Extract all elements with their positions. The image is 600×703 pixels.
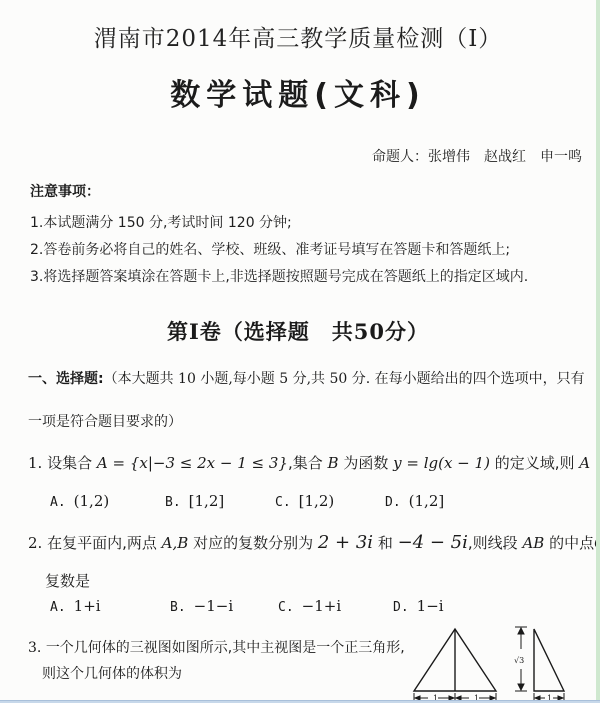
- option-a[interactable]: A.1+i: [50, 597, 101, 615]
- section-label: 一、选择题:: [28, 371, 104, 387]
- option-value: −1+i: [302, 597, 341, 615]
- option-label: C.: [278, 600, 294, 615]
- option-label: B.: [170, 600, 186, 615]
- math-complex-1: 2 + 3i: [318, 532, 373, 553]
- option-label: D.: [393, 600, 409, 615]
- exam-page: 渭南市2014年高三教学质量检测（Ⅰ） 数学试题(文科) 命题人：张增伟 赵战红…: [0, 0, 596, 700]
- math-set-b: B: [328, 454, 339, 472]
- option-value: 1+i: [74, 597, 101, 615]
- notice-item: 1.本试题满分 150 分,考试时间 120 分钟;: [30, 212, 292, 232]
- height-label: √3: [514, 656, 524, 665]
- option-b[interactable]: B.−1−i: [170, 597, 233, 615]
- option-d[interactable]: D.1−i: [393, 597, 444, 615]
- question-3: 3. 一个几何体的三视图如图所示,其中主视图是一个正三角形,: [28, 637, 405, 657]
- question-text: 在复平面内,两点: [47, 534, 157, 552]
- front-view-triangle: [414, 629, 496, 691]
- option-label: A.: [50, 600, 66, 615]
- math-segment: AB: [522, 534, 544, 552]
- paper-title: 数学试题(文科): [0, 70, 596, 114]
- option-value: (1,2]: [409, 492, 445, 510]
- question-2-continued: 复数是: [45, 570, 90, 591]
- math-points: A,B: [162, 534, 189, 552]
- math-complex-2: −4 − 5i: [398, 532, 468, 553]
- right-edge-strip: [596, 0, 600, 700]
- option-c[interactable]: C.[1,2): [275, 492, 334, 510]
- option-value: −1−i: [194, 597, 233, 615]
- question-text: ,集合: [288, 454, 323, 472]
- option-label: C.: [275, 495, 291, 510]
- option-value: [1,2): [299, 492, 335, 510]
- option-a[interactable]: A.(1,2): [50, 492, 109, 510]
- question-text: 对应的复数分别为: [193, 534, 313, 552]
- question-3-continued: 则这个几何体的体积为: [42, 663, 182, 683]
- option-c[interactable]: C.−1+i: [278, 597, 341, 615]
- section-description: （本大题共 10 小题,每小题 5 分,共 50 分. 在每小题给出的四个选项中…: [104, 371, 585, 387]
- notice-heading: 注意事项：: [30, 181, 100, 201]
- side-view-triangle: [534, 629, 564, 691]
- option-value: [1,2]: [189, 492, 225, 510]
- option-d[interactable]: D.(1,2]: [385, 492, 444, 510]
- section-intro: 一、选择题:（本大题共 10 小题,每小题 5 分,共 50 分. 在每小题给出…: [28, 368, 585, 388]
- part-title: 第Ⅰ卷（选择题 共50分）: [0, 316, 596, 346]
- math-function: y = lg(x − 1): [393, 454, 490, 472]
- question-text: 为函数: [343, 454, 388, 472]
- math-set-a: A = {x|−3 ≤ 2x − 1 ≤ 3}: [97, 454, 288, 472]
- exam-title: 渭南市2014年高三教学质量检测（Ⅰ）: [0, 20, 596, 53]
- option-b[interactable]: B.[1,2]: [165, 492, 224, 510]
- three-view-figure: 1 1 √3 1: [410, 625, 590, 701]
- notice-item: 3.将选择题答案填涂在答题卡上,非选择题按照题号完成在答题纸上的指定区域内.: [30, 266, 528, 286]
- section-description-continued: 一项是符合题目要求的）: [28, 411, 182, 431]
- question-2: 2. 在复平面内,两点 A,B 对应的复数分别为 2 + 3i 和 −4 − 5…: [28, 532, 600, 553]
- question-text: 一个几何体的三视图如图所示,其中主视图是一个正三角形,: [46, 640, 405, 656]
- question-number: 2.: [28, 534, 42, 552]
- question-text: 的中点: [549, 534, 594, 552]
- question-text: 和: [378, 534, 393, 552]
- option-label: A.: [50, 495, 66, 510]
- option-value: (1,2): [74, 492, 110, 510]
- question-number: 3.: [28, 640, 41, 656]
- question-text: ,则线段: [468, 534, 518, 552]
- option-label: B.: [165, 495, 181, 510]
- question-number: 1.: [28, 454, 42, 472]
- question-text: 设集合: [47, 454, 92, 472]
- option-value: 1−i: [417, 597, 444, 615]
- question-text: 的定义域,则: [495, 454, 575, 472]
- authors-line: 命题人：张增伟 赵战红 申一鸣: [372, 146, 582, 166]
- option-label: D.: [385, 495, 401, 510]
- notice-item: 2.答卷前务必将自己的姓名、学校、班级、准考证号填写在答题卡和答题纸上;: [30, 239, 510, 259]
- question-1: 1. 设集合 A = {x|−3 ≤ 2x − 1 ≤ 3},集合 B 为函数 …: [28, 452, 600, 473]
